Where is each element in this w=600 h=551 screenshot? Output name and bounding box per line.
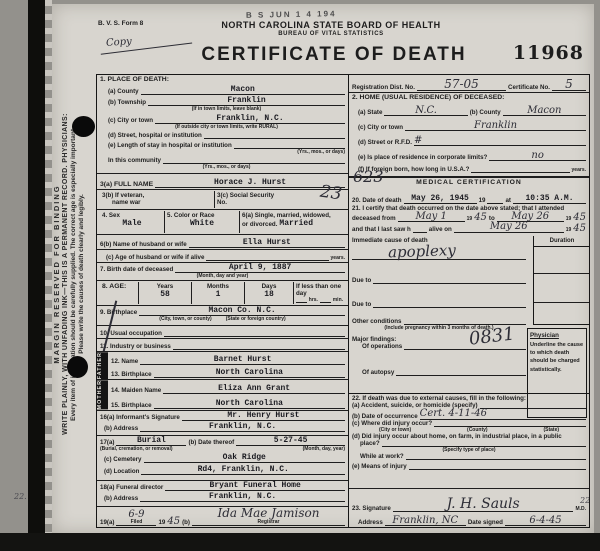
due-to-line-1: Due to — [349, 261, 529, 285]
residence-county-value: Macon — [527, 105, 561, 116]
certify-block: 21. I certify that death occurred on the… — [349, 204, 589, 236]
place-township-value: Franklin — [227, 96, 265, 105]
punch-hole-top — [72, 116, 95, 137]
age-label-cell: 8. AGE: — [100, 282, 138, 304]
veteran-cell: 3(b) If veteran, name war — [100, 191, 214, 208]
margin-line-please-write: Please write the causes of death clearly… — [78, 36, 85, 512]
residence-state-value: N.C. — [415, 105, 437, 116]
registration-district-value: 57-05 — [444, 77, 479, 91]
binding-edge-strip — [28, 0, 45, 540]
sex-race-marital-row: 4. Sex Male 5. Color or Race White 6(a) … — [97, 210, 348, 235]
father-birthplace-value: North Carolina — [216, 368, 283, 377]
medical-certification-header: 623 MEDICAL CERTIFICATION — [349, 178, 589, 192]
birthplace-value: Macon Co. N.C. — [208, 306, 275, 315]
external-where-line: (c) Where did injury occur? (City or tow… — [352, 420, 586, 433]
certificate-title: CERTIFICATE OF DEATH — [184, 44, 484, 66]
form-body: 1. PLACE OF DEATH: (a) County Macon (b) … — [96, 74, 590, 528]
physician-address-value: Franklin, NC — [392, 515, 458, 526]
birthdate-value: April 9, 1887 — [229, 263, 291, 272]
age-row: 8. AGE: Years 58 Months 1 Days 18 — [97, 281, 348, 306]
veteran-ssn-row: 3(b) If veteran, name war 3(c) Social Se… — [97, 190, 348, 210]
bureau-subtitle: BUREAU OF VITAL STATISTICS — [166, 31, 496, 37]
mother-name-value: Eliza Ann Grant — [218, 384, 290, 393]
age-less-cell: If less than one day hrs. min. — [293, 282, 345, 304]
margin-instructions: MARGIN RESERVED FOR BINDING WRITE PLAINL… — [52, 36, 96, 512]
residence-corporate-value: no — [531, 150, 543, 161]
board-title: NORTH CAROLINA STATE BOARD OF HEALTH — [166, 20, 496, 30]
spouse-value: Ella Hurst — [243, 238, 291, 247]
autopsy-line: Of autopsy — [349, 361, 529, 377]
medical-title: MEDICAL CERTIFICATION — [416, 179, 522, 186]
cemetery-value: Oak Ridge — [223, 453, 266, 462]
external-causes-section: 22. If death was due to external causes,… — [349, 393, 589, 489]
full-name-row: 3(a) FULL NAME Horace J. Hurst — [97, 174, 348, 190]
birthdate-row: 7. Birth date of deceased April 9, 1887 … — [97, 263, 348, 281]
spouse-age-row: (c) Age of husband or wife if alive year… — [97, 250, 348, 263]
residence-city-value: Franklin — [474, 120, 517, 131]
immediate-cause-value: apoplexy — [388, 242, 526, 260]
place-community-line: In this community (Yrs., mos., or days) — [100, 157, 345, 172]
informant-section: 16(a) Informant's Signature Mr. Henry Hu… — [97, 411, 348, 436]
race-cell: 5. Color or Race White — [164, 211, 239, 233]
right-column: Registration Dist. No. 57-05 Certificate… — [349, 75, 589, 527]
filed-year-value: 45 — [167, 517, 180, 526]
ssn-cell: 3(c) Social Security No. 23 — [214, 191, 345, 208]
operations-handwritten-code: 0831 — [468, 326, 515, 348]
due-to-line-2: Due to — [349, 285, 529, 309]
attended-to-year: 45 — [573, 213, 586, 222]
age-years-value: 58 — [141, 290, 189, 299]
residence-section: 2. HOME (USUAL RESIDENCE) OF DECEASED: (… — [349, 93, 589, 178]
certificate-form: B. V. S. Form 8 B S JUN 1 4 194 NORTH CA… — [96, 10, 590, 529]
place-county-line: (a) County Macon — [100, 86, 345, 95]
funeral-director-value: Bryant Funeral Home — [210, 481, 301, 490]
attended-from-year: 45 — [474, 213, 487, 222]
informant-value: Mr. Henry Hurst — [227, 411, 299, 420]
certificate-no-value: 5 — [565, 77, 573, 91]
age-days-cell: Days 18 — [244, 282, 293, 304]
place-stay-line: (e) Length of stay in hospital or instit… — [100, 142, 345, 155]
received-date-stamp: B S JUN 1 4 194 — [246, 9, 337, 20]
physician-signature-value: J. H. Sauls — [447, 496, 520, 512]
marital-cell: 6(a) Single, married, widowed, or divorc… — [239, 211, 345, 233]
residence-state-line: (a) State N.C. (b) County Macon — [352, 106, 586, 116]
informant-address-line: (b) Address Franklin, N.C. — [100, 423, 345, 432]
certificate-paper: MARGIN RESERVED FOR BINDING WRITE PLAINL… — [52, 4, 594, 533]
informant-signature-line: 16(a) Informant's Signature Mr. Henry Hu… — [100, 412, 345, 421]
punch-hole-bottom — [67, 356, 88, 378]
full-name-value: Horace J. Hurst — [214, 178, 286, 187]
margin-line-binding: MARGIN RESERVED FOR BINDING — [52, 36, 61, 512]
external-date-value: Cert. 4-11-46 — [420, 408, 487, 419]
mother-birthplace-line: 15. Birthplace North Carolina — [108, 395, 348, 410]
mother-tab: MOTHER — [97, 380, 108, 409]
page-number-left: 22. — [14, 492, 27, 501]
place-title: 1. PLACE OF DEATH: — [100, 76, 345, 83]
perforation-edge — [45, 0, 52, 540]
age-months-cell: Months 1 — [191, 282, 244, 304]
sex-value: Male — [102, 219, 162, 228]
attended-line: deceased from May 1 19 45 to May 26 19 4… — [352, 212, 586, 222]
burial-type-value: Burial — [137, 436, 166, 445]
funeral-director-line: 18(a) Funeral director Bryant Funeral Ho… — [100, 482, 345, 491]
place-of-death-section: 1. PLACE OF DEATH: (a) County Macon (b) … — [97, 75, 348, 174]
mother-name-line: 14. Maiden Name Eliza Ann Grant — [108, 380, 348, 395]
last-saw-value: May 26 — [490, 221, 528, 232]
handwritten-code: 623 — [353, 170, 384, 184]
cause-of-death-section: Duration Physician Underline the cause t… — [349, 236, 589, 393]
physician-signature-line: 23. Signature J. H. Sauls M.D. — [352, 498, 586, 512]
marital-value: Married — [279, 219, 313, 228]
time-of-death-value: 10:35 A.M. — [525, 194, 573, 203]
race-value: White — [167, 219, 237, 228]
spouse-row: 6(b) Name of husband or wife Ella Hurst — [97, 235, 348, 250]
handwritten-copy-note: Copy — [106, 37, 132, 48]
place-county-value: Macon — [231, 85, 255, 94]
major-findings-line: Major findings: 0831 Of operations — [349, 335, 529, 361]
immediate-cause-block: Immediate cause of death apoplexy — [349, 236, 529, 261]
funeral-director-section: 18(a) Funeral director Bryant Funeral Ho… — [97, 481, 348, 506]
scan-bottom-band — [0, 533, 600, 551]
cemetery-location-value: Rd4, Franklin, N.C. — [198, 465, 289, 474]
cemetery-location-line: (d) Location Rd4, Franklin, N.C. — [100, 466, 345, 475]
industry-row: 11. Industry or business — [97, 339, 348, 352]
form-number: B. V. S. Form 8 — [98, 20, 143, 27]
residence-title: 2. HOME (USUAL RESIDENCE) OF DECEASED: — [352, 94, 586, 101]
residence-street-value: # — [414, 135, 422, 146]
external-means-line: (e) Means of injury — [352, 463, 586, 470]
mother-birthplace-value: North Carolina — [216, 399, 283, 408]
residence-city-line: (c) City or town Franklin — [352, 121, 586, 131]
external-date-line: (b) Date of occurrence Cert. 4-11-46 — [352, 409, 586, 419]
residence-corporate-line: (e) Is place of residence in corporate l… — [352, 151, 586, 161]
father-name-value: Barnet Hurst — [214, 355, 272, 364]
external-work-line: While at work? — [352, 453, 586, 460]
birthplace-row: 9. Birthplace Macon Co. N.C. (City, town… — [97, 306, 348, 325]
burial-type-line: 17(a) Burial (b) Date thereof 5-27-45 — [100, 437, 345, 446]
age-months-value: 1 — [194, 290, 242, 299]
form-header: B. V. S. Form 8 B S JUN 1 4 194 NORTH CA… — [96, 10, 590, 74]
father-section: FATHER 12. Name Barnet Hurst 13. Birthpl… — [97, 352, 348, 380]
margin-line-every-item: Every item of information should be care… — [70, 36, 77, 512]
father-birthplace-line: 13. Birthplace North Carolina — [108, 366, 348, 380]
residence-foreign-line: (f) If foreign born, how long in U.S.A.?… — [352, 166, 586, 175]
left-column: 1. PLACE OF DEATH: (a) County Macon (b) … — [97, 75, 349, 527]
place-city-line: (c) City or town Franklin, N.C. (If outs… — [100, 115, 345, 130]
burial-date-value: 5-27-45 — [274, 436, 308, 445]
physician-signature-section: 23. Signature J. H. Sauls M.D. Address F… — [349, 489, 589, 527]
cemetery-line: (c) Cemetery Oak Ridge — [100, 454, 345, 463]
duration-box: Duration — [533, 236, 589, 325]
date-of-death-value: May 26, 1945 — [411, 194, 469, 203]
registration-row: Registration Dist. No. 57-05 Certificate… — [349, 75, 589, 93]
father-tab: FATHER — [97, 352, 108, 379]
father-name-line: 12. Name Barnet Hurst — [108, 352, 348, 366]
place-street-line: (d) Street, hospital or institution — [100, 132, 345, 139]
burial-section: 17(a) Burial (b) Date thereof 5-27-45 (B… — [97, 436, 348, 482]
ssn-handwritten-mark: 23 — [319, 184, 343, 202]
sex-cell: 4. Sex Male — [100, 211, 164, 233]
external-place-line: (d) Did injury occur about home, on farm… — [352, 433, 586, 453]
funeral-director-address-line: (b) Address Franklin, N.C. — [100, 493, 345, 502]
physician-address-line: Address Franklin, NC Date signed 6-4-45 — [352, 516, 586, 526]
attended-from-value: May 1 — [415, 211, 446, 222]
filed-row: 19(a) 6-9Filed 19 45 (b) Ida Mae Jamison… — [97, 507, 348, 527]
funeral-director-address-value: Franklin, N.C. — [209, 492, 276, 501]
age-years-cell: Years 58 — [138, 282, 191, 304]
date-signed-value: 6-4-45 — [529, 515, 561, 526]
mother-section: MOTHER 14. Maiden Name Eliza Ann Grant 1… — [97, 380, 348, 410]
age-days-value: 18 — [247, 290, 291, 299]
date-of-death-row: 20. Date of death May 26, 1945 19 at 10:… — [349, 193, 589, 204]
informant-address-value: Franklin, N.C. — [209, 422, 276, 431]
certificate-serial-number: 11968 — [513, 42, 584, 64]
margin-line-write-plainly: WRITE PLAINLY, WITH UNFADING INK—THIS IS… — [62, 36, 69, 512]
occupation-row: 10. Usual occupation — [97, 326, 348, 339]
place-city-value: Franklin, N.C. — [216, 114, 283, 123]
last-saw-year: 45 — [573, 224, 586, 233]
place-township-line: (b) Township Franklin (If in town limits… — [100, 97, 345, 112]
residence-street-line: (d) Street or R.F.D. # — [352, 136, 586, 146]
last-saw-line: and that I last saw h alive on May 26 19… — [352, 222, 586, 232]
registrar-signature: Ida Mae Jamison — [217, 506, 319, 520]
